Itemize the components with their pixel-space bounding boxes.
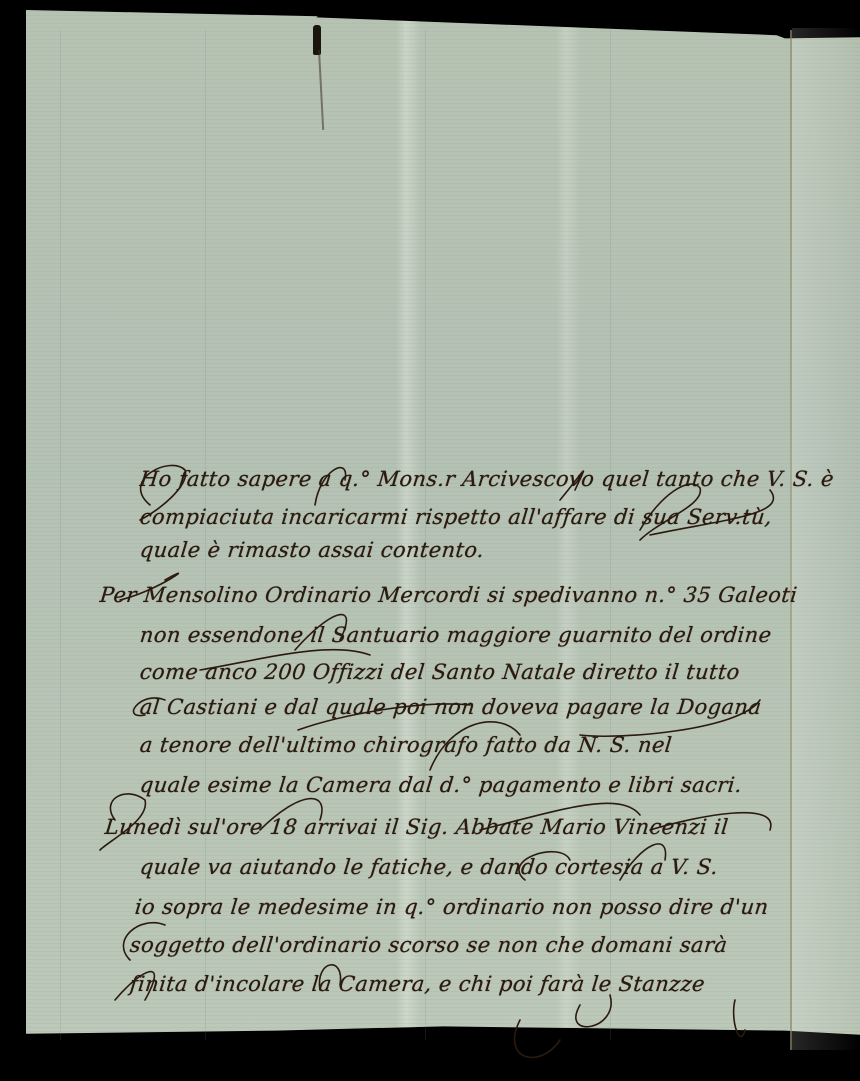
paper-chain-line xyxy=(60,30,61,1040)
letter-line: compiaciuta incaricarmi rispetto all'aff… xyxy=(139,505,774,529)
fold-crease xyxy=(790,30,792,1050)
letter-line: finita d'incolare la Camera, e chi poi f… xyxy=(129,972,707,996)
letter-line: io sopra le medesime in q.° ordinario no… xyxy=(134,895,770,919)
letter-line: quale va aiutando le fatiche, e dando co… xyxy=(139,855,720,879)
letter-line: quale è rimasto assai contento. xyxy=(139,538,486,562)
paper-chain-line xyxy=(205,30,206,1040)
paper-chain-line xyxy=(425,30,426,1040)
letter-line: al Castiani e dal quale poi non doveva p… xyxy=(139,695,763,719)
folded-right-panel xyxy=(792,28,860,1050)
letter-line: Per Mensolino Ordinario Mercordi si sped… xyxy=(99,583,799,607)
paper-chain-line xyxy=(610,30,611,1040)
letter-line: Ho fatto sapere a q.° Mons.r Arcivescovo… xyxy=(139,467,836,491)
letter-line: a tenore dell'ultimo chirografo fatto da… xyxy=(139,733,674,757)
letter-line: quale esime la Camera dal d.° pagamento … xyxy=(139,773,744,797)
letter-line: Lunedì sul'ore 18 arrivai il Sig. Abbate… xyxy=(104,815,730,839)
letter-line: non essendone il Santuario maggiore guar… xyxy=(139,623,773,647)
letter-line: soggetto dell'ordinario scorso se non ch… xyxy=(129,933,729,957)
letter-line: come anco 200 Offizzi del Santo Natale d… xyxy=(139,660,741,684)
manuscript-scan: Ho fatto sapere a q.° Mons.r Arcivescovo… xyxy=(0,0,860,1081)
